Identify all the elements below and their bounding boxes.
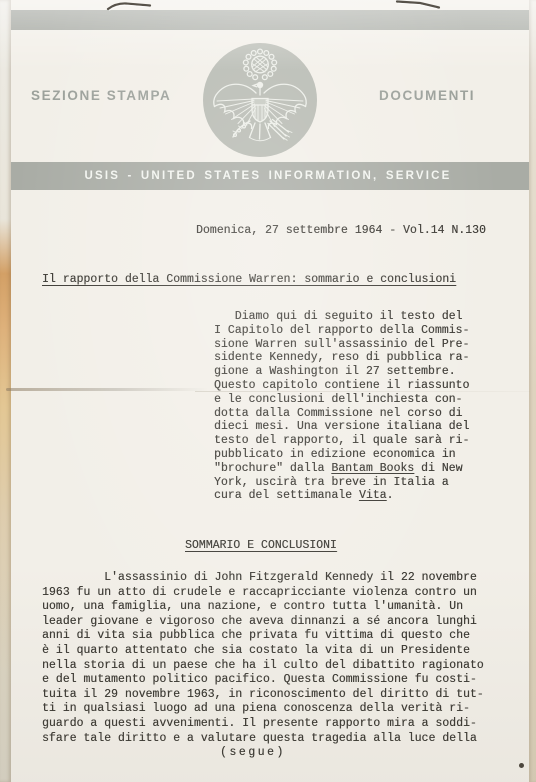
great-seal-icon: [202, 39, 318, 162]
text-line: dieci mesi. Una versione italiana del: [214, 420, 469, 434]
text-line: I Capitolo del rapporto della Commis-: [214, 324, 469, 338]
text-line: tuita il 29 novembre 1963, in riconoscim…: [42, 688, 484, 703]
page-right-edge: [529, 0, 536, 782]
text-line: è il quarto attentato che sia costato la…: [42, 644, 484, 659]
staple-icon: [104, 0, 156, 12]
dateline: Domenica, 27 settembre 1964 - Vol.14 N.1…: [196, 224, 486, 237]
ink-speck: [519, 763, 524, 768]
text-line: ti in qualsiasi luogo ad una piena conos…: [42, 702, 484, 717]
text-line: gione a Washington il 27 settembre.: [214, 365, 469, 379]
continuation-marker: (segue): [220, 746, 286, 759]
masthead-right-label: DOCUMENTI: [379, 88, 475, 103]
text-line: nella storia di un paese che ha il culto…: [42, 659, 484, 674]
text-line: York, uscirà tra breve in Italia a: [214, 476, 469, 490]
intro-paragraph: Diamo qui di seguito il testo delI Capit…: [214, 310, 469, 503]
text-line: e del mutamento politico pacifico. Quest…: [42, 673, 484, 688]
fold-crease-faint: [195, 391, 530, 392]
headline: Il rapporto della Commissione Warren: so…: [42, 273, 456, 286]
masthead-left-label: SEZIONE STAMPA: [31, 88, 171, 103]
summary-paragraph: L'assassinio di John Fitzgerald Kennedy …: [42, 571, 484, 746]
text-line: e le conclusioni dell'inchiesta con-: [214, 393, 469, 407]
fold-crease: [6, 388, 208, 391]
document-scan: SEZIONE STAMPA: [0, 0, 536, 782]
text-line: sidente Kennedy, reso di pubblica ra-: [214, 351, 469, 365]
usis-band: USIS - UNITED STATES INFORMATION, SERVIC…: [0, 162, 536, 190]
text-line: cura del settimanale Vita.: [214, 489, 469, 503]
eagle-emblem-icon: [202, 39, 318, 162]
text-line: anni di vita sia pubblica che privata fu…: [42, 629, 484, 644]
staple-icon: [394, 0, 444, 10]
text-line: uomo, una famiglia, una nazione, e contr…: [42, 600, 484, 615]
text-line: leader giovane e vigoroso che aveva dinn…: [42, 615, 484, 630]
text-line: 1963 fu un atto di crudele e raccapricci…: [42, 586, 484, 601]
page-left-edge: [0, 0, 11, 782]
masthead-top-band: [0, 10, 536, 30]
section-heading: SOMMARIO E CONCLUSIONI: [185, 539, 337, 552]
text-line: pubblicato in edizione economica in: [214, 448, 469, 462]
text-line: L'assassinio di John Fitzgerald Kennedy …: [42, 571, 484, 586]
text-line: "brochure" dalla Bantam Books di New: [214, 462, 469, 476]
text-line: testo del rapporto, il quale sarà ri-: [214, 434, 469, 448]
text-line: guardo a questi avvenimenti. Il presente…: [42, 717, 484, 732]
text-line: sfare tale diritto e a valutare questa t…: [42, 732, 484, 747]
usis-band-label: USIS - UNITED STATES INFORMATION, SERVIC…: [84, 170, 451, 182]
text-line: dotta dalla Commissione nel corso di: [214, 407, 469, 421]
text-line: sione Warren sull'assassinio del Pre-: [214, 338, 469, 352]
text-line: Diamo qui di seguito il testo del: [214, 310, 469, 324]
